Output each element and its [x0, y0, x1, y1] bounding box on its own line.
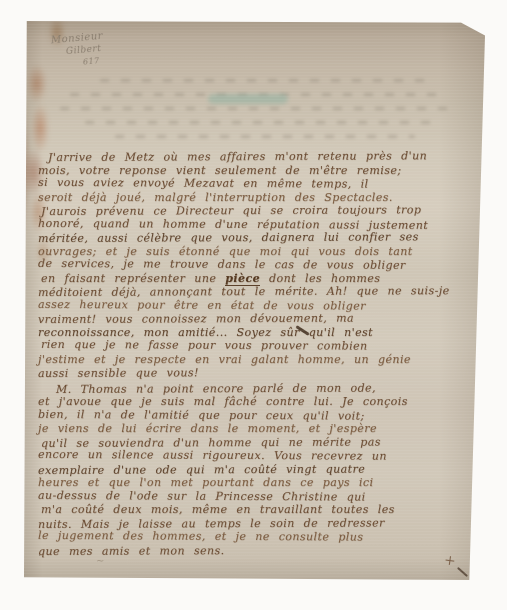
letter-page: Monsieur Gilbert 617 J'arrive de Metz où…: [24, 21, 485, 580]
handwritten-line: encore un silence aussi rigoureux. Vous …: [38, 448, 480, 464]
handwritten-line: ouvrages; et je suis étonné que moi qui …: [38, 245, 480, 259]
corner-pen-stroke: [457, 567, 468, 577]
showthrough-band: [85, 121, 435, 124]
handwritten-line: heures et que l'on met pourtant dans ce …: [38, 476, 480, 490]
showthrough-band: [100, 79, 430, 82]
handwritten-line: méritée, aussi célèbre que vous, daigner…: [38, 230, 480, 245]
handwritten-line: exemplaire d'une ode qui m'a coûté vingt…: [38, 462, 480, 477]
handwritten-line: reconnoissance, mon amitié... Soyez sûr …: [38, 326, 480, 340]
handwritten-line: j'estime et je respecte en vrai galant h…: [38, 353, 480, 367]
handwritten-line: si vous aviez envoyé Mezavat en même tem…: [38, 176, 480, 192]
handwritten-line: m'a coûté deux mois, même en travaillant…: [41, 503, 480, 517]
handwritten-line: au-dessus de l'ode sur la Princesse Chri…: [38, 488, 480, 504]
handwritten-line: le jugement des hommes, et je ne consult…: [38, 529, 480, 545]
showthrough-band: [115, 135, 415, 138]
underlined-word-piece: pièce: [225, 272, 260, 286]
handwritten-line: je viens de lui écrire dans le moment, e…: [38, 422, 480, 436]
teal-ink-smudge: [208, 94, 288, 104]
handwritten-line: de services, je me trouve dans le cas de…: [38, 257, 480, 273]
line-text: dont les hommes: [260, 272, 380, 285]
handwritten-line: seroit déjà joué, malgré l'interruption …: [38, 191, 480, 205]
handwritten-line: et j'avoue que je suis mal fâché contre …: [38, 395, 480, 409]
catalog-annotation: Monsieur Gilbert 617: [51, 31, 106, 71]
handwritten-line: rien que je ne fasse pour vous prouver c…: [41, 338, 480, 354]
line-text: en faisant représenter une: [41, 272, 225, 285]
stray-mark-left-2: ∼: [96, 556, 104, 567]
handwritten-line: bien, il n'a de l'amitié que pour ceux q…: [38, 407, 480, 423]
handwritten-line: J'arrive de Metz où mes affaires m'ont r…: [48, 149, 480, 164]
letter-text: J'arrive de Metz où mes affaires m'ont r…: [38, 150, 480, 557]
handwritten-line: J'aurois prévenu ce Directeur qui se cro…: [41, 203, 480, 218]
handwritten-line: méditoient déjà, annonçant tout le mérit…: [38, 284, 480, 299]
handwritten-line: aussi sensible que vous!: [38, 365, 480, 380]
handwritten-line: M. Thomas n'a point encore parlé de mon …: [38, 381, 480, 396]
paragraph-2: M. Thomas n'a point encore parlé de mon …: [38, 382, 480, 558]
paragraph-1: J'arrive de Metz où mes affaires m'ont r…: [38, 150, 480, 380]
collation-cross-mark: +: [443, 552, 457, 569]
showthrough-band: [60, 107, 456, 110]
letter-photograph: Monsieur Gilbert 617 J'arrive de Metz où…: [0, 0, 507, 610]
ink-showthrough: [60, 77, 462, 151]
stray-mark-left: ·: [38, 551, 41, 562]
handwritten-line: mois, votre reponse vient seulement de m…: [38, 164, 480, 178]
handwritten-line: vraiment! vous connoissez mon dévouement…: [38, 311, 480, 326]
handwritten-line-piece: en faisant représenter une pièce dont le…: [41, 272, 480, 286]
annotation-line: 617: [83, 55, 106, 69]
